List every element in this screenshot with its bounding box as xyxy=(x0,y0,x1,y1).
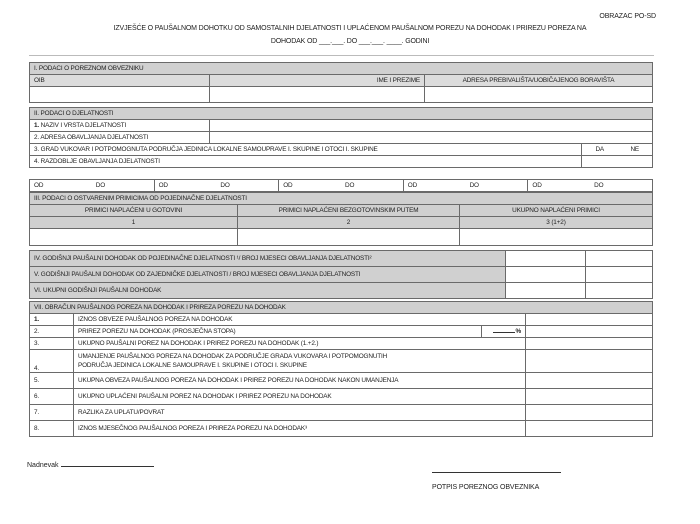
period-from-1[interactable]: OD xyxy=(30,180,92,192)
monthly-tax-label: IZNOS MJESEČNOG PAUŠALNOG POREZA I PRIRE… xyxy=(74,421,526,437)
total-tax-field[interactable] xyxy=(526,338,653,350)
form-title: IZVJEŠĆE O PAUŠALNOM DOHOTKU OD SAMOSTAL… xyxy=(40,22,660,48)
date-field[interactable]: Nadnevak xyxy=(27,462,154,469)
header-divider xyxy=(29,55,654,56)
form-title-line2: DOHODAK OD ___.___. DO ___.___. ____. GO… xyxy=(40,35,660,48)
section-heading: VII. OBRAČUN PAUŠALNOG POREZA NA DOHODAK… xyxy=(30,302,653,314)
period-to-1[interactable]: DO xyxy=(92,180,154,192)
column-number: 3 (1+2) xyxy=(460,217,653,229)
form-code: OBRAZAC PO-SD xyxy=(599,13,656,20)
surtax-rate-field[interactable]: % xyxy=(482,326,526,338)
period-grid: OD DO OD DO OD DO OD DO OD DO xyxy=(29,179,653,192)
column-header-noncash: PRIMICI NAPLAĆENI BEZGOTOVINSKIM PUTEM xyxy=(238,205,460,217)
date-line[interactable] xyxy=(61,466,154,467)
row-number: 1. xyxy=(30,314,74,326)
period-from-4[interactable]: OD xyxy=(403,180,465,192)
form-title-line1: IZVJEŠĆE O PAUŠALNOM DOHOTKU OD SAMOSTAL… xyxy=(40,22,660,35)
section-activity: II. PODACI O DJELATNOSTI 1. NAZIV I VRST… xyxy=(29,107,653,168)
oib-field[interactable] xyxy=(30,87,210,103)
column-number: 1 xyxy=(30,217,238,229)
tax-reduction-label: UMANJENJE PAUŠALNOG POREZA NA DOHODAK ZA… xyxy=(74,350,526,373)
section-heading: I. PODACI O POREZNOM OBVEZNIKU xyxy=(30,63,653,75)
period-to-3[interactable]: DO xyxy=(341,180,403,192)
row-number: 4. xyxy=(30,350,74,373)
period-from-5[interactable]: OD xyxy=(528,180,590,192)
section-heading: II. PODACI O DJELATNOSTI xyxy=(30,108,653,120)
individual-activity-income-label: IV. GODIŠNJI PAUŠALNI DOHODAK OD POJEDIN… xyxy=(30,251,506,267)
section-taxpayer: I. PODACI O POREZNOM OBVEZNIKU OIB IME I… xyxy=(29,62,653,103)
total-income-field-2[interactable] xyxy=(586,283,653,299)
name-field[interactable] xyxy=(210,87,425,103)
address-field[interactable] xyxy=(425,87,653,103)
surtax-field[interactable] xyxy=(526,326,653,338)
total-annual-income-label: VI. UKUPNI GODIŠNJI PAUŠALNI DOHODAK xyxy=(30,283,506,299)
activity-name-field[interactable] xyxy=(210,120,653,132)
total-tax-label: UKUPNO PAUŠALNI POREZ NA DOHODAK I PRIRE… xyxy=(74,338,526,350)
vukovar-area-label: 3. GRAD VUKOVAR I POTPOMOGNUTA PODRUČJA … xyxy=(30,144,582,156)
column-header-cash: PRIMICI NAPLAĆENI U GOTOVINI xyxy=(30,205,238,217)
column-header-address: ADRESA PREBIVALIŠTA/UOBIČAJENOG BORAVIŠT… xyxy=(425,75,653,87)
period-from-3[interactable]: OD xyxy=(279,180,341,192)
cash-receipts-field[interactable] xyxy=(30,229,238,246)
signature-label: POTPIS POREZNOG OBVEZNIKA xyxy=(432,484,539,491)
yes-no-field[interactable] xyxy=(582,156,653,168)
yes-option[interactable]: DA xyxy=(582,144,618,156)
noncash-receipts-field[interactable] xyxy=(238,229,460,246)
period-to-5[interactable]: DO xyxy=(590,180,652,192)
column-number: 2 xyxy=(238,217,460,229)
signature-line[interactable] xyxy=(432,472,561,473)
row-number: 2. xyxy=(30,326,74,338)
tax-reduction-field[interactable] xyxy=(526,350,653,373)
monthly-tax-field[interactable] xyxy=(526,421,653,437)
section-tax-calculation: VII. OBRAČUN PAUŠALNOG POREZA NA DOHODAK… xyxy=(29,301,653,437)
difference-field[interactable] xyxy=(526,405,653,421)
row-number: 3. xyxy=(30,338,74,350)
row-number: 7. xyxy=(30,405,74,421)
individual-months-field[interactable] xyxy=(586,251,653,267)
paid-tax-field[interactable] xyxy=(526,389,653,405)
total-receipts-field[interactable] xyxy=(460,229,653,246)
column-header-name: IME I PREZIME xyxy=(210,75,425,87)
row-number: 8. xyxy=(30,421,74,437)
tax-after-reduction-field[interactable] xyxy=(526,373,653,389)
activity-address-label: 2. ADRESA OBAVLJANJA DJELATNOSTI xyxy=(30,132,210,144)
joint-activity-income-label: V. GODIŠNJI PAUŠALNI DOHODAK OD ZAJEDNIČ… xyxy=(30,267,506,283)
surtax-label: PRIREZ POREZU NA DOHODAK (PROSJEČNA STOP… xyxy=(74,326,482,338)
section-annual-income: IV. GODIŠNJI PAUŠALNI DOHODAK OD POJEDIN… xyxy=(29,250,653,299)
period-to-4[interactable]: DO xyxy=(466,180,528,192)
no-option[interactable]: NE xyxy=(618,144,653,156)
period-from-2[interactable]: OD xyxy=(154,180,216,192)
activity-address-field[interactable] xyxy=(210,132,653,144)
difference-label: RAZLIKA ZA UPLATU/POVRAT xyxy=(74,405,526,421)
joint-months-field[interactable] xyxy=(586,267,653,283)
individual-income-field[interactable] xyxy=(506,251,586,267)
period-to-2[interactable]: DO xyxy=(216,180,278,192)
column-header-oib: OIB xyxy=(30,75,210,87)
section-heading: III. PODACI O OSTVARENIM PRIMICIMA OD PO… xyxy=(30,193,653,205)
total-income-field[interactable] xyxy=(506,283,586,299)
activity-name-label: 1. NAZIV I VRSTA DJELATNOSTI xyxy=(30,120,210,132)
tax-after-reduction-label: UKUPNA OBVEZA PAUŠALNOG POREZA NA DOHODA… xyxy=(74,373,526,389)
section-receipts: III. PODACI O OSTVARENIM PRIMICIMA OD PO… xyxy=(29,192,653,246)
period-label: 4. RAZDOBLJE OBAVLJANJA DJELATNOSTI xyxy=(30,156,582,168)
row-number: 5. xyxy=(30,373,74,389)
joint-income-field[interactable] xyxy=(506,267,586,283)
column-header-total: UKUPNO NAPLAĆENI PRIMICI xyxy=(460,205,653,217)
date-label: Nadnevak xyxy=(27,462,59,469)
row-number: 6. xyxy=(30,389,74,405)
tax-liability-label: IZNOS OBVEZE PAUŠALNOG POREZA NA DOHODAK xyxy=(74,314,526,326)
paid-tax-label: UKUPNO UPLAĆENI PAUŠALNI POREZ NA DOHODA… xyxy=(74,389,526,405)
tax-liability-field[interactable] xyxy=(526,314,653,326)
